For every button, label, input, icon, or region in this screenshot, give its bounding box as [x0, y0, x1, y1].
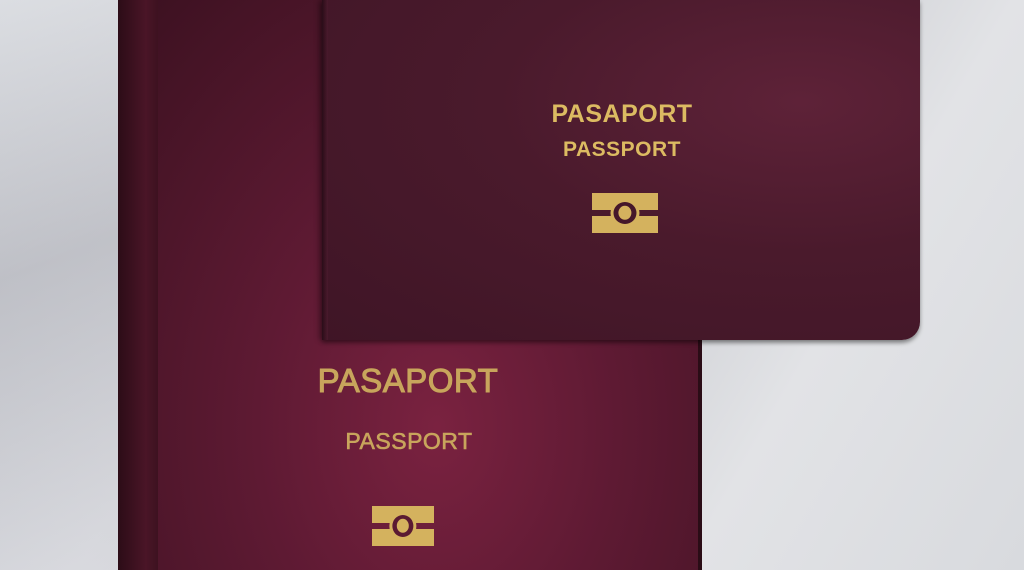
- biometric-chip-icon: [592, 193, 658, 233]
- passport-hinge: [322, 0, 328, 340]
- passport-title: PASAPORT: [522, 100, 722, 129]
- passport-subtitle: PASSPORT: [522, 138, 722, 162]
- passport-spine: [118, 0, 158, 570]
- passport-front: PASAPORT PASSPORT: [322, 0, 920, 340]
- passport-subtitle: PASSPORT: [316, 428, 502, 455]
- biometric-chip-icon: [372, 506, 434, 546]
- passport-title: PASAPORT: [300, 362, 516, 400]
